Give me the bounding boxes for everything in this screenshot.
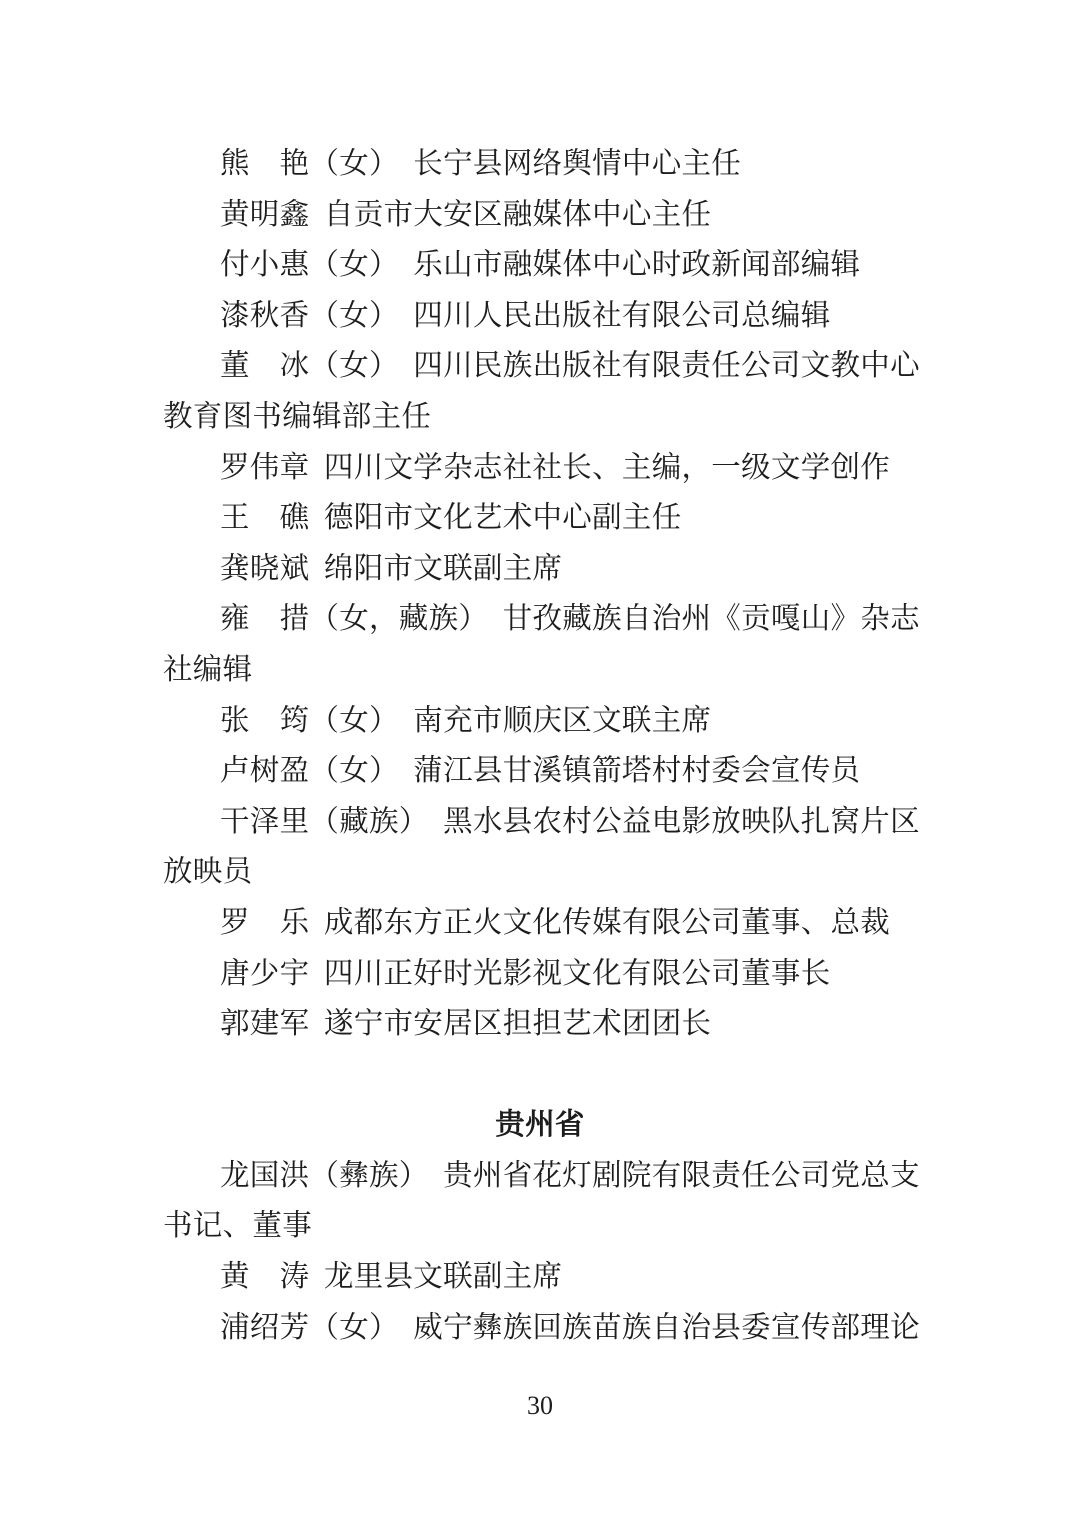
entry-line: 罗 乐 成都东方正火文化传媒有限公司董事、总裁 xyxy=(163,898,917,949)
entry-line: 王 礁 德阳市文化艺术中心副主任 xyxy=(163,493,917,544)
entry-line: 黄 涛 龙里县文联副主席 xyxy=(163,1252,917,1303)
document-page: 熊 艳（女） 长宁县网络舆情中心主任黄明鑫 自贡市大安区融媒体中心主任付小惠（女… xyxy=(0,0,1080,1526)
section-gap xyxy=(163,1050,917,1101)
entry-line: 龙国洪（彝族） 贵州省花灯剧院有限责任公司党总支 xyxy=(163,1151,917,1202)
entry-line: 漆秋香（女） 四川人民出版社有限公司总编辑 xyxy=(163,291,917,342)
entry-line: 罗伟章 四川文学杂志社社长、主编，一级文学创作 xyxy=(163,443,917,494)
entry-line: 唐少宇 四川正好时光影视文化有限公司董事长 xyxy=(163,949,917,1000)
entry-line: 熊 艳（女） 长宁县网络舆情中心主任 xyxy=(163,139,917,190)
entry-line: 卢树盈（女） 蒲江县甘溪镇箭塔村村委会宣传员 xyxy=(163,746,917,797)
entry-line: 付小惠（女） 乐山市融媒体中心时政新闻部编辑 xyxy=(163,240,917,291)
entry-line-continuation: 社编辑 xyxy=(163,645,917,696)
entry-line: 张 筠（女） 南充市顺庆区文联主席 xyxy=(163,696,917,747)
entry-line: 干泽里（藏族） 黑水县农村公益电影放映队扎窝片区 xyxy=(163,797,917,848)
page-number: 30 xyxy=(0,1391,1080,1421)
entry-line: 董 冰（女） 四川民族出版社有限责任公司文教中心 xyxy=(163,341,917,392)
entry-line: 雍 措（女，藏族） 甘孜藏族自治州《贡嘎山》杂志 xyxy=(163,594,917,645)
section-heading: 贵州省 xyxy=(163,1100,917,1151)
document-content: 熊 艳（女） 长宁县网络舆情中心主任黄明鑫 自贡市大安区融媒体中心主任付小惠（女… xyxy=(163,139,917,1353)
entry-line: 郭建军 遂宁市安居区担担艺术团团长 xyxy=(163,999,917,1050)
entry-line-continuation: 教育图书编辑部主任 xyxy=(163,392,917,443)
entry-line: 龚晓斌 绵阳市文联副主席 xyxy=(163,544,917,595)
entry-line-continuation: 放映员 xyxy=(163,847,917,898)
entry-line-continuation: 书记、董事 xyxy=(163,1201,917,1252)
entry-line: 浦绍芳（女） 威宁彝族回族苗族自治县委宣传部理论 xyxy=(163,1303,917,1354)
entry-line: 黄明鑫 自贡市大安区融媒体中心主任 xyxy=(163,190,917,241)
